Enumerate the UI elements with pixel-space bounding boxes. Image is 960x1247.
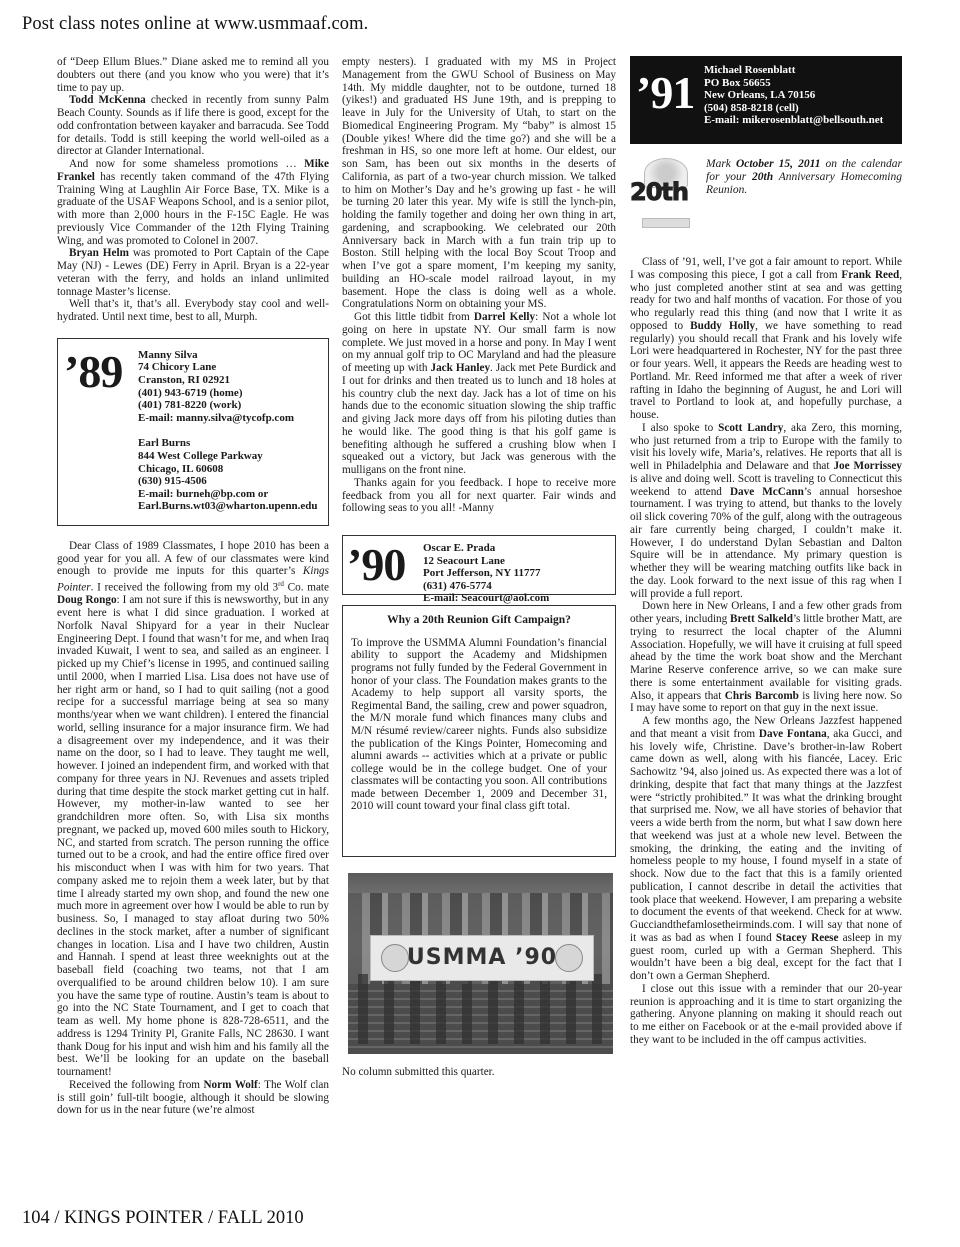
email-link[interactable]: E-mail: manny.silva@tycofp.com [138, 412, 324, 425]
paragraph: Dear Class of 1989 Classmates, I hope 20… [57, 540, 329, 1079]
contact-oscar-prada: Oscar E. Prada 12 Seacourt Lane Port Jef… [423, 542, 615, 605]
class-1990-contact-box: ’90 Oscar E. Prada 12 Seacourt Lane Port… [342, 535, 616, 595]
class-1991-contact-box: ’91 Michael Rosenblatt PO Box 56655 New … [630, 56, 902, 144]
column-class-1989: of “Deep Ellum Blues.” Diane asked me to… [57, 56, 329, 1117]
column-class-1989-cont-and-1990: empty nesters). I graduated with my MS i… [342, 56, 616, 1079]
paragraph: I also spoke to Scott Landry, aka Zero, … [630, 422, 902, 601]
paragraph: Thanks again for you feedback. I hope to… [342, 477, 616, 515]
class-1990-group-photo: USMMA ’90 [348, 873, 613, 1054]
academy-seal-icon [381, 944, 409, 972]
person-name: Todd McKenna [69, 94, 146, 106]
person-name: Dave McCann [730, 486, 804, 498]
paragraph: of “Deep Ellum Blues.” Diane asked me to… [57, 56, 329, 94]
academy-seal-icon [555, 944, 583, 972]
class-year-mark: ’91 [636, 70, 694, 116]
person-name: Joe Morrissey [833, 460, 902, 472]
gift-campaign-body: To improve the USMMA Alumni Foundation’s… [351, 637, 607, 813]
reunion-notice: 20th Mark October 15, 2011 on the calend… [630, 156, 902, 236]
person-name: Buddy Holly [690, 320, 755, 332]
no-column-note: No column submitted this quarter. [342, 1066, 616, 1079]
paragraph: Well that’s it, that’s all. Everybody st… [57, 298, 329, 324]
column-class-1991: ’91 Michael Rosenblatt PO Box 56655 New … [630, 56, 902, 1047]
person-name: Bryan Helm [69, 247, 129, 259]
class-year-mark: ’89 [64, 349, 122, 395]
paragraph: Got this little tidbit from Darrel Kelly… [342, 311, 616, 477]
page-footer-folio: 104 / KINGS POINTER / FALL 2010 [22, 1208, 304, 1229]
email-link[interactable]: E-mail: burneh@bp.com or [138, 488, 324, 501]
class-year-mark: ’90 [347, 542, 405, 588]
person-name: Norm Wolf [203, 1079, 257, 1091]
class-1989-contact-box: ’89 Manny Silva 74 Chicory Lane Cranston… [57, 338, 329, 526]
person-name: Darrel Kelly [474, 311, 535, 323]
person-name: Dave Fontana [759, 728, 827, 740]
20th-reunion-badge-icon: 20th [630, 156, 700, 236]
person-name: Doug Rongo [57, 594, 117, 606]
reunion-gift-campaign-box: Why a 20th Reunion Gift Campaign? To imp… [342, 605, 616, 857]
person-name: Scott Landry [718, 422, 783, 434]
paragraph: Class of ’91, well, I’ve got a fair amou… [630, 256, 902, 422]
paragraph: A few months ago, the New Orleans Jazzfe… [630, 715, 902, 983]
contact-michael-rosenblatt: Michael Rosenblatt PO Box 56655 New Orle… [704, 64, 896, 127]
page-header-url-note: Post class notes online at www.usmmaaf.c… [22, 14, 368, 35]
person-name: Frank Reed [841, 269, 899, 281]
contact-manny-silva: Manny Silva 74 Chicory Lane Cranston, RI… [138, 349, 324, 513]
paragraph: Down here in New Orleans, I and a few ot… [630, 600, 902, 715]
paragraph: I close out this issue with a reminder t… [630, 983, 902, 1047]
person-name: Jack Hanley [430, 362, 490, 374]
paragraph: And now for some shameless promotions … … [57, 158, 329, 247]
paragraph: Bryan Helm was promoted to Port Captain … [57, 247, 329, 298]
usmma-90-banner: USMMA ’90 [370, 935, 594, 981]
person-name: Chris Barcomb [725, 690, 799, 702]
paragraph: empty nesters). I graduated with my MS i… [342, 56, 616, 311]
email-link[interactable]: E-mail: mikerosenblatt@bellsouth.net [704, 114, 896, 127]
email-link[interactable]: Earl.Burns.wt03@wharton.upenn.edu [138, 500, 324, 513]
gift-campaign-title: Why a 20th Reunion Gift Campaign? [351, 614, 607, 627]
paragraph: Received the following from Norm Wolf: T… [57, 1079, 329, 1117]
person-name: Stacey Reese [776, 932, 839, 944]
reunion-date-text: Mark October 15, 2011 on the calendar fo… [700, 158, 902, 236]
paragraph: Todd McKenna checked in recently from su… [57, 94, 329, 158]
email-link[interactable]: E-mail: Seacourt@aol.com [423, 592, 615, 605]
person-name: Brett Salkeld [730, 613, 793, 625]
